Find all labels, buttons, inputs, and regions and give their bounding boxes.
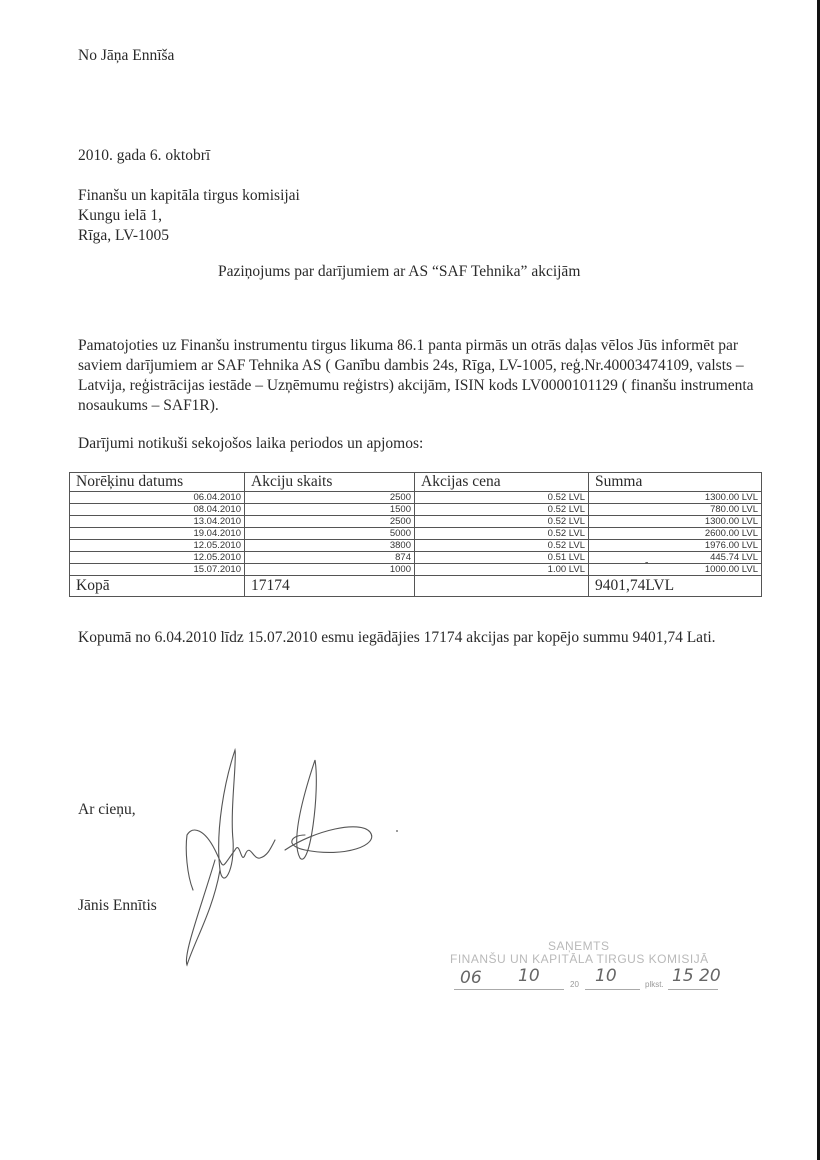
handwritten-signature [175, 740, 415, 970]
table-row: 12.05.2010 3800 0.52 LVL 1976.00 LVL [70, 540, 762, 552]
stamp-commission-label: FINANŠU UN KAPITĀLA TIRGUS KOMISIJĀ [450, 952, 709, 966]
stamp-year: 10 [595, 966, 617, 986]
cell-price: 0.52 LVL [415, 516, 589, 528]
table-row: 19.04.2010 5000 0.52 LVL 2600.00 LVL [70, 528, 762, 540]
cell-date: 08.04.2010 [70, 504, 245, 516]
cell-date: 13.04.2010 [70, 516, 245, 528]
table-row: 08.04.2010 1500 0.52 LVL 780.00 LVL [70, 504, 762, 516]
summary-paragraph: Kopumā no 6.04.2010 līdz 15.07.2010 esmu… [78, 628, 778, 648]
cell-shares: 874 [245, 552, 415, 564]
stamp-time: 15 20 [672, 966, 721, 986]
cell-shares: 5000 [245, 528, 415, 540]
cell-sum: 1000.00 LVL [589, 564, 762, 576]
table-intro: Darījumi notikuši sekojošos laika period… [78, 434, 423, 454]
cell-sum: 780.00 LVL [589, 504, 762, 516]
header-share-count: Akciju skaits [245, 473, 415, 492]
stamp-year-prefix: 20 [570, 980, 579, 989]
letter-subject: Paziņojums par darījumiem ar AS “SAF Teh… [218, 262, 580, 282]
total-sum: 9401,74LVL [589, 576, 762, 597]
table-header-row: Norēķinu datums Akciju skaits Akcijas ce… [70, 473, 762, 492]
cell-date: 06.04.2010 [70, 492, 245, 504]
stamp-time-underline [668, 989, 718, 990]
table-row: 15.07.2010 1000 1.00 LVL 1000.00 LVL [70, 564, 762, 576]
cell-sum: 445.74 LVL [589, 552, 762, 564]
cell-date: 12.05.2010 [70, 552, 245, 564]
table-total-row: Kopā 17174 9401,74LVL [70, 576, 762, 597]
total-price [415, 576, 589, 597]
total-label: Kopā [70, 576, 245, 597]
recipient-name: Finanšu un kapitāla tirgus komisijai [78, 186, 300, 206]
cell-date: 12.05.2010 [70, 540, 245, 552]
table-row: 12.05.2010 874 0.51 LVL 445.74 LVL [70, 552, 762, 564]
signatory-name: Jānis Ennītis [78, 896, 157, 916]
cell-sum: 2600.00 LVL [589, 528, 762, 540]
table-row: 13.04.2010 2500 0.52 LVL 1300.00 LVL [70, 516, 762, 528]
cell-date: 15.07.2010 [70, 564, 245, 576]
stamp-day: 06 [460, 968, 482, 988]
stamp-received-label: SAŅEMTS [548, 939, 610, 953]
recipient-street: Kungu ielā 1, [78, 206, 162, 226]
total-shares: 17174 [245, 576, 415, 597]
sender-line: No Jāņa Ennīša [78, 46, 174, 66]
letter-date: 2010. gada 6. oktobrī [78, 146, 210, 166]
stamp-month: 10 [518, 966, 540, 986]
table-row: 06.04.2010 2500 0.52 LVL 1300.00 LVL [70, 492, 762, 504]
cell-sum: 1300.00 LVL [589, 492, 762, 504]
cell-price: 0.52 LVL [415, 540, 589, 552]
body-paragraph: Pamatojoties uz Finanšu instrumentu tirg… [78, 336, 778, 416]
cell-price: 0.52 LVL [415, 528, 589, 540]
cell-price: 0.51 LVL [415, 552, 589, 564]
cell-price: 0.52 LVL [415, 492, 589, 504]
stamp-date-underline [454, 989, 564, 990]
recipient-city: Rīga, LV-1005 [78, 226, 169, 246]
cell-sum: 1300.00 LVL [589, 516, 762, 528]
cell-price: 0.52 LVL [415, 504, 589, 516]
transactions-table: Norēķinu datums Akciju skaits Akcijas ce… [69, 472, 762, 597]
header-settlement-date: Norēķinu datums [70, 473, 245, 492]
cell-sum: 1976.00 LVL [589, 540, 762, 552]
closing-phrase: Ar cieņu, [78, 800, 136, 820]
cell-shares: 2500 [245, 492, 415, 504]
cell-shares: 1500 [245, 504, 415, 516]
header-sum: Summa [589, 473, 762, 492]
stray-mark: - [645, 557, 648, 568]
stamp-time-label: plkst. [645, 980, 664, 989]
header-share-price: Akcijas cena [415, 473, 589, 492]
cell-shares: 1000 [245, 564, 415, 576]
cell-shares: 3800 [245, 540, 415, 552]
cell-shares: 2500 [245, 516, 415, 528]
cell-price: 1.00 LVL [415, 564, 589, 576]
cell-date: 19.04.2010 [70, 528, 245, 540]
stamp-year-underline [585, 989, 640, 990]
